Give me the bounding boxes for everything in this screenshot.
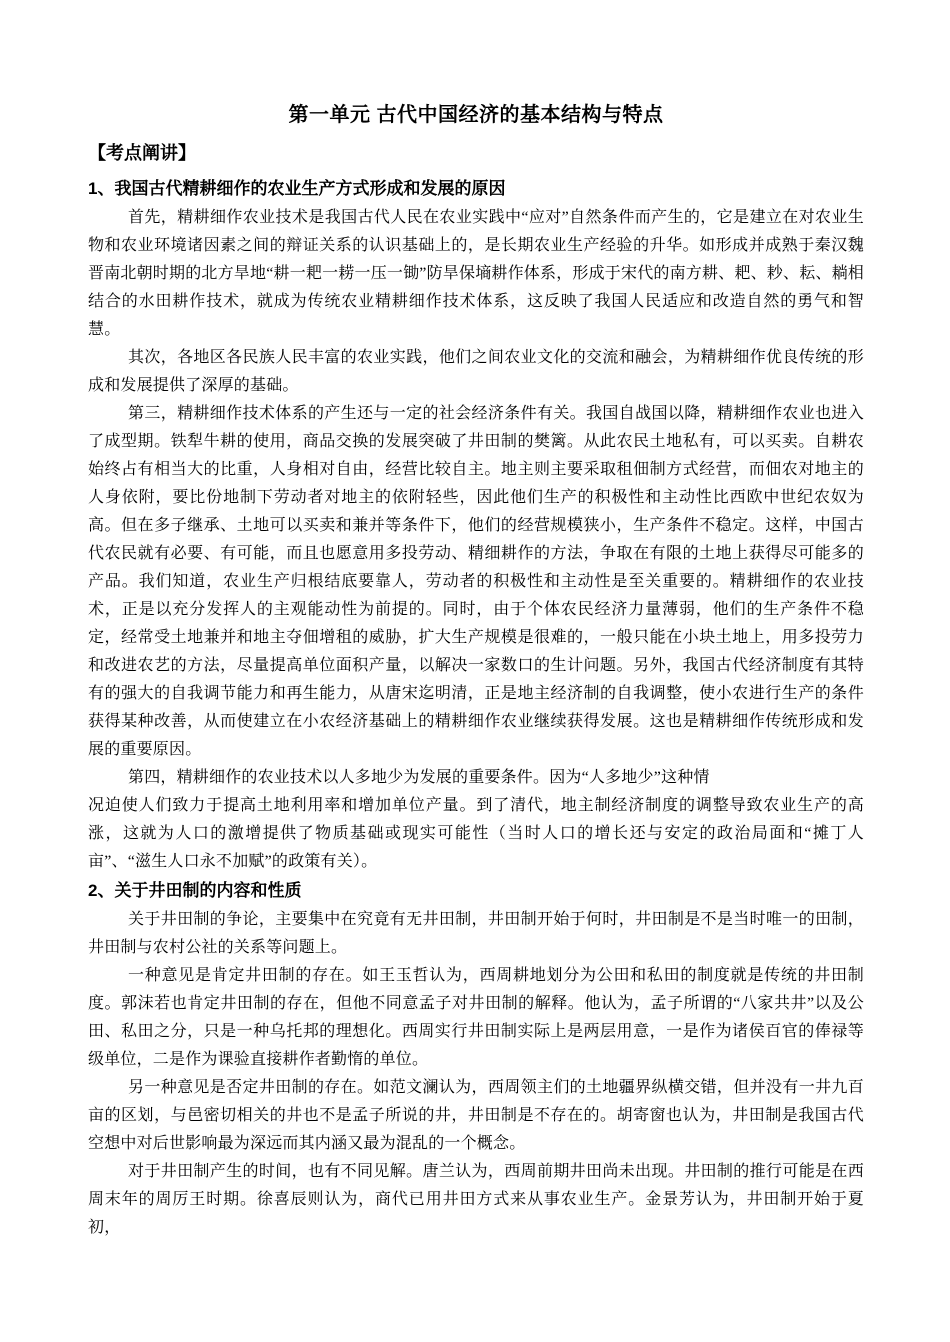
topic-1-heading: 1、我国古代精耕细作的农业生产方式形成和发展的原因 xyxy=(88,174,864,204)
topic-2-paragraph-4: 对于井田制产生的时间，也有不同见解。唐兰认为，西周前期井田尚未出现。井田制的推行… xyxy=(88,1158,864,1242)
topic-1-paragraph-1: 首先，精耕细作农业技术是我国古代人民在农业实践中“应对”自然条件而产生的，它是建… xyxy=(88,204,864,344)
document-title: 第一单元 古代中国经济的基本结构与特点 xyxy=(88,100,864,130)
topic-1-paragraph-3: 第三，精耕细作技术体系的产生还与一定的社会经济条件有关。我国自战国以降，精耕细作… xyxy=(88,400,864,764)
topic-2-paragraph-3: 另一种意见是否定井田制的存在。如范文澜认为，西周领主们的土地疆界纵横交错，但并没… xyxy=(88,1074,864,1158)
topic-2-paragraph-1: 关于井田制的争论，主要集中在究竟有无井田制，井田制开始于何时，井田制是不是当时唯… xyxy=(88,906,864,962)
section-header-exam-points: 【考点阐讲】 xyxy=(88,138,864,168)
topic-1-paragraph-2: 其次，各地区各民族人民丰富的农业实践，他们之间农业文化的交流和融会，为精耕细作优… xyxy=(88,344,864,400)
topic-2-heading: 2、关于井田制的内容和性质 xyxy=(88,876,864,906)
topic-1-paragraph-4-continuation: 况迫使人们致力于提高土地利用率和增加单位产量。到了清代，地主制经济制度的调整导致… xyxy=(88,792,864,876)
topic-2-paragraph-2: 一种意见是肯定井田制的存在。如王玉哲认为，西周耕地划分为公田和私田的制度就是传统… xyxy=(88,962,864,1074)
topic-1-paragraph-4-first-line: 第四，精耕细作的农业技术以人多地少为发展的重要条件。因为“人多地少”这种情 xyxy=(88,764,864,792)
document-page: 第一单元 古代中国经济的基本结构与特点 【考点阐讲】 1、我国古代精耕细作的农业… xyxy=(0,0,950,1342)
